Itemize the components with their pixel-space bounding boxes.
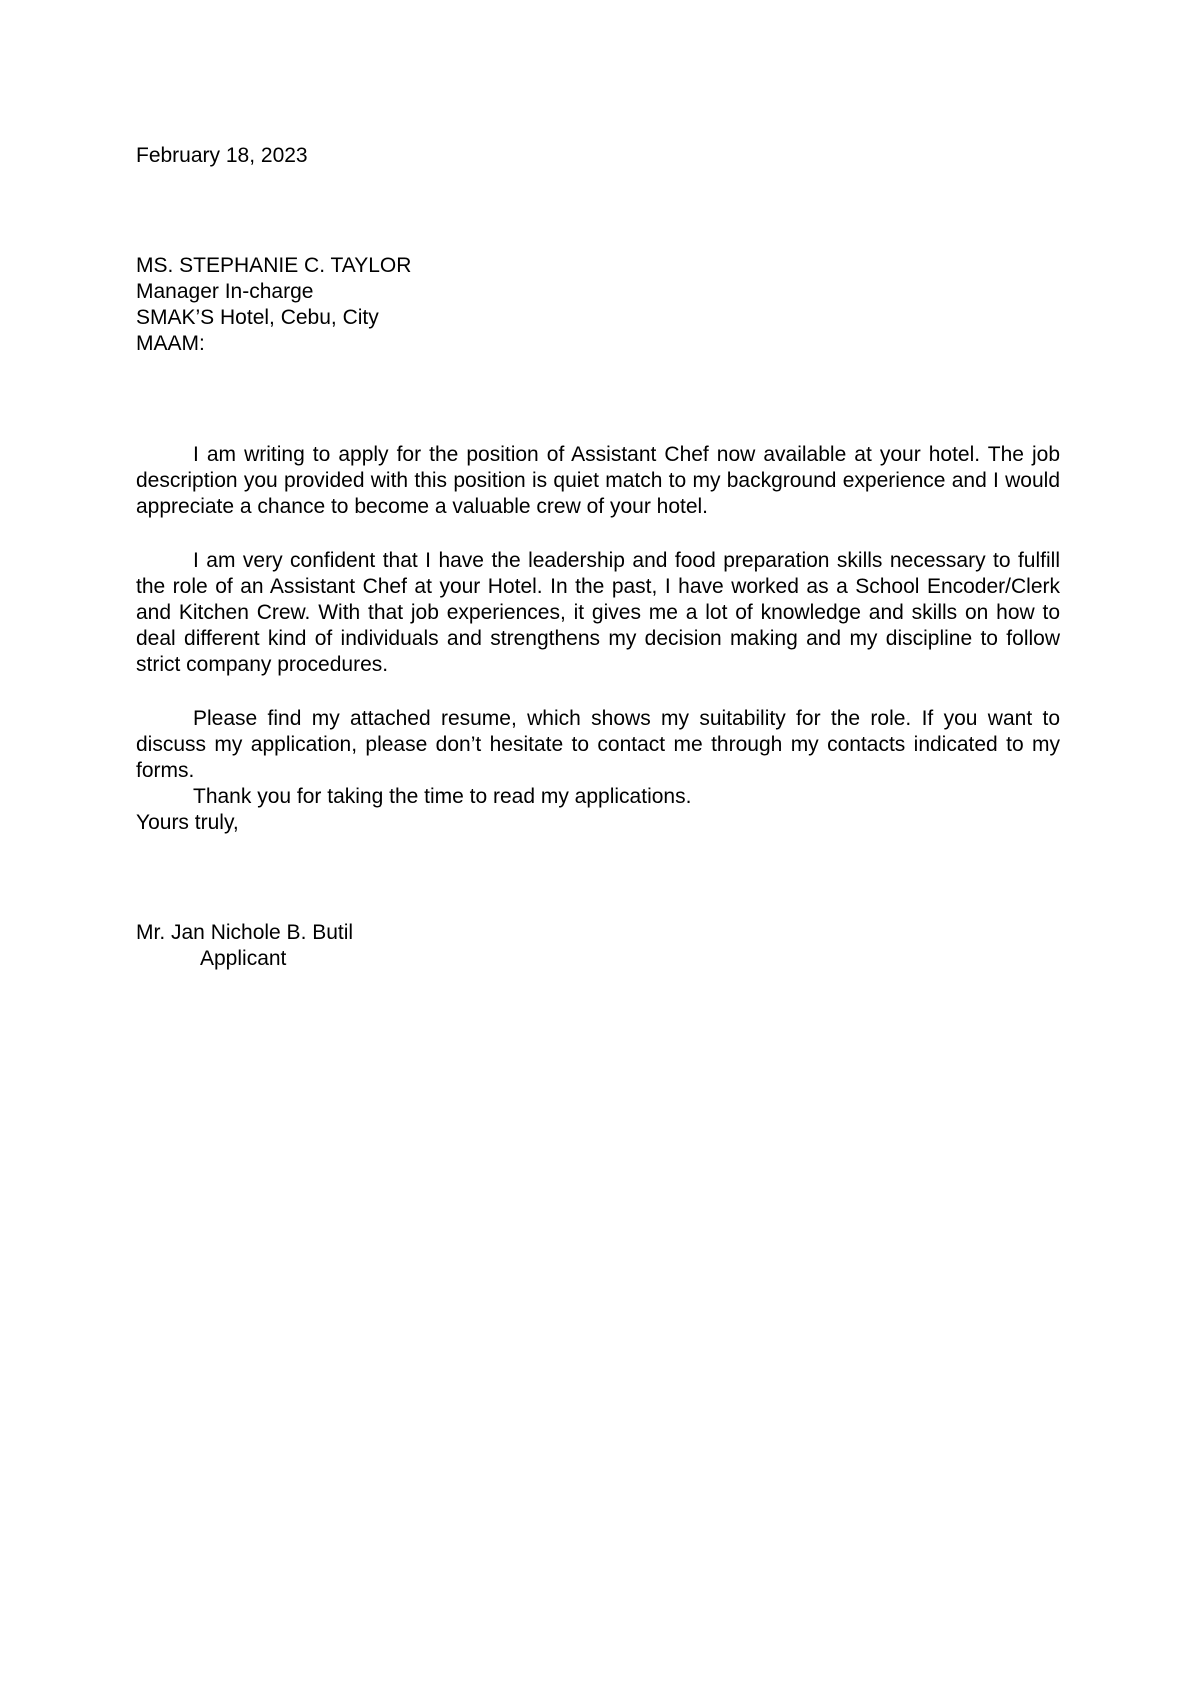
recipient-block: MS. STEPHANIE C. TAYLOR Manager In-charg… — [136, 253, 1060, 331]
letter-body: I am writing to apply for the position o… — [136, 442, 1060, 784]
signature-block: Mr. Jan Nichole B. Butil Applicant — [136, 920, 1060, 972]
body-paragraph-1: I am writing to apply for the position o… — [136, 442, 1060, 520]
signature-role: Applicant — [136, 946, 1060, 972]
recipient-name: MS. STEPHANIE C. TAYLOR — [136, 253, 1060, 279]
closing-line: Yours truly, — [136, 810, 1060, 836]
signature-name: Mr. Jan Nichole B. Butil — [136, 920, 1060, 946]
body-paragraph-3: Please find my attached resume, which sh… — [136, 706, 1060, 784]
salutation: MAAM: — [136, 331, 1060, 357]
letter-page: February 18, 2023 MS. STEPHANIE C. TAYLO… — [0, 0, 1200, 1698]
body-paragraph-2: I am very confident that I have the lead… — [136, 548, 1060, 678]
letter-date: February 18, 2023 — [136, 143, 1060, 169]
thank-you-line: Thank you for taking the time to read my… — [136, 784, 1060, 810]
recipient-address: SMAK’S Hotel, Cebu, City — [136, 305, 1060, 331]
recipient-title: Manager In-charge — [136, 279, 1060, 305]
